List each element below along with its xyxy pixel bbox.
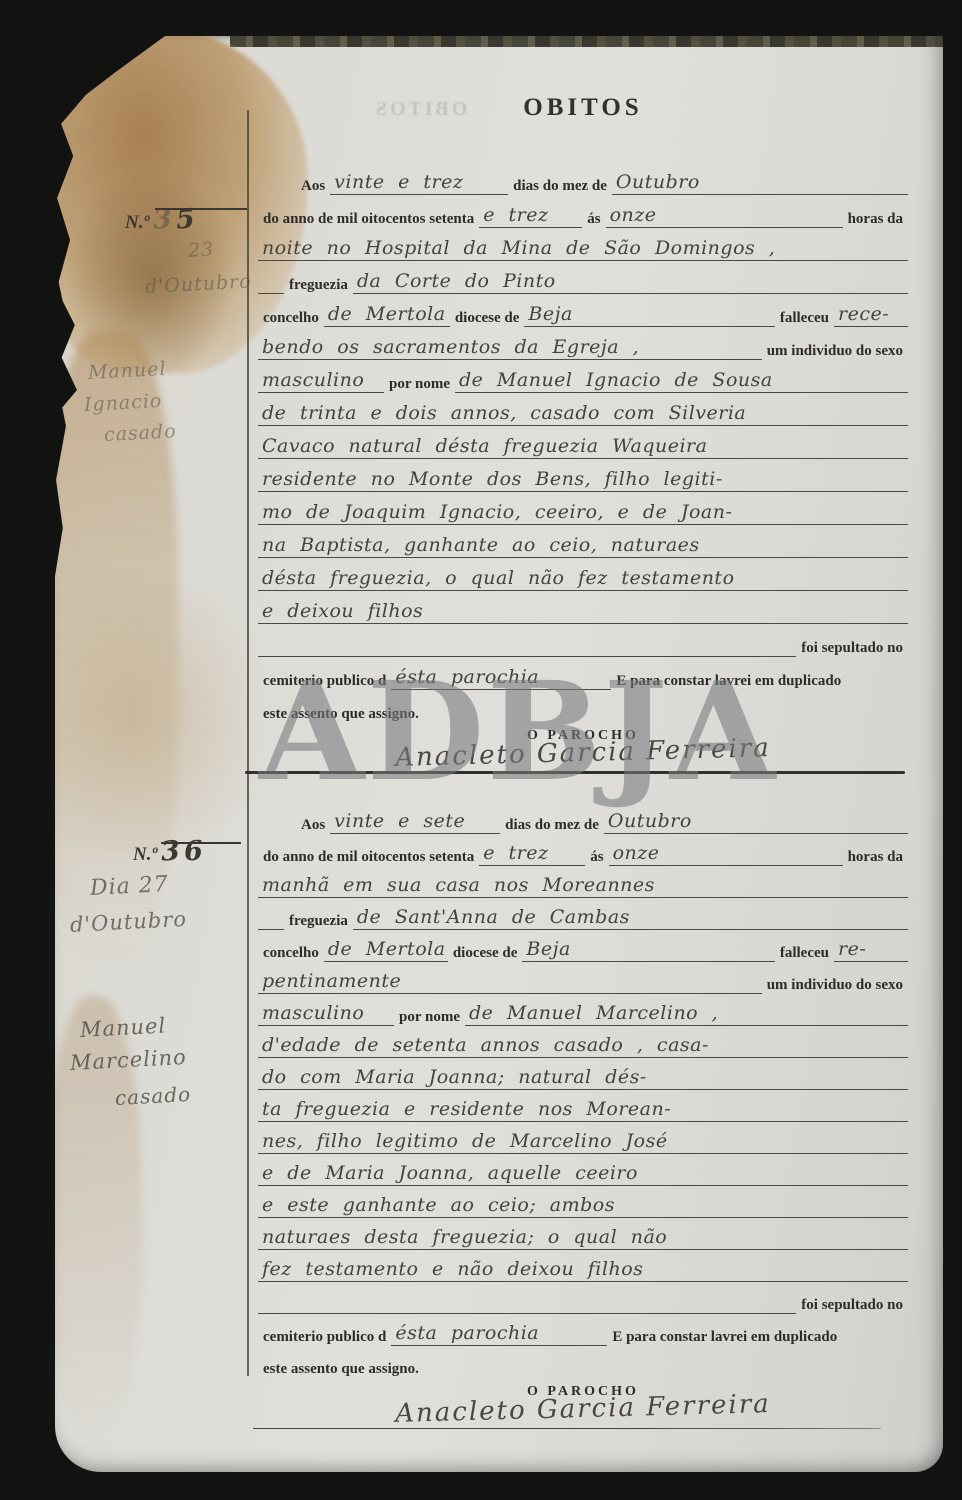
printed-label: horas da — [843, 849, 908, 866]
record-number: 3 — [160, 835, 181, 867]
handwritten-entry: e trez — [479, 842, 585, 866]
archive-watermark: ADBJA — [259, 664, 777, 800]
form-line: nes, filho legitimo de Marcelino José — [258, 1122, 908, 1154]
handwritten-entry: désta freguezia, o qual não fez testamen… — [258, 567, 908, 591]
margin-name-line: Marcelino — [69, 1045, 187, 1075]
printed-label: freguezia — [284, 277, 353, 294]
printed-label: diocese de — [450, 310, 525, 327]
margin-status-line: casado — [114, 1082, 191, 1110]
form-line: noite no Hospital da Mina de São Domingo… — [258, 228, 908, 261]
handwritten-entry: de Mertola — [324, 938, 448, 962]
form-line: de trinta e dois annos, casado com Silve… — [258, 393, 908, 426]
margin-name-line: Manuel — [79, 1014, 166, 1042]
handwritten-entry: rece- — [834, 303, 908, 327]
number-underline — [155, 208, 247, 210]
handwritten-entry: e de Maria Joanna, aquelle ceeiro — [258, 1162, 908, 1186]
record2-number-label: N.º 3 6 — [133, 836, 203, 867]
margin-date-day: 23 — [187, 239, 214, 262]
printed-label: falleceu — [775, 310, 834, 327]
margin-rule-line — [247, 110, 249, 1376]
form-line: este assento que assigno. — [258, 1346, 908, 1378]
blank-underline — [502, 993, 762, 994]
handwritten-entry: da Corte do Pinto — [353, 270, 908, 294]
handwritten-entry: vinte e sete — [330, 810, 500, 834]
form-line: do com Maria Joanna; natural dés- — [258, 1058, 908, 1090]
blank-underline — [258, 929, 284, 930]
handwritten-entry: masculino — [258, 369, 384, 393]
handwritten-entry: de Sant'Anna de Cambas — [353, 906, 908, 930]
handwritten-entry: Cavaco natural désta freguezia Waqueira — [258, 435, 908, 459]
form-line: fregueziada Corte do Pinto — [258, 261, 908, 294]
blank-underline — [258, 1313, 796, 1314]
handwritten-entry: re- — [834, 938, 908, 962]
printed-label: por nome — [394, 1009, 465, 1026]
printed-label: cemiterio publico d — [258, 1329, 391, 1346]
signature-flourish-line — [253, 1428, 881, 1429]
form-line: fregueziade Sant'Anna de Cambas — [258, 898, 908, 930]
printed-label: concelho — [258, 945, 324, 962]
printed-label: dias do mez de — [500, 817, 604, 834]
form-line: na Baptista, ganhante ao ceio, naturaes — [258, 525, 908, 558]
margin-date-month: d'Outubro — [69, 907, 187, 937]
handwritten-entry: onze — [606, 204, 843, 228]
form-line: manhã em sua casa nos Moreannes — [258, 866, 908, 898]
record2-form-lines: Aosvinte e setedias do mez deOutubrodo a… — [258, 802, 908, 1378]
printed-label: do anno de mil oitocentos setenta — [258, 849, 479, 866]
handwritten-entry: vinte e trez — [330, 171, 508, 195]
stain-blob — [55, 576, 256, 856]
handwritten-entry: de Manuel Ignacio de Sousa — [455, 369, 908, 393]
printed-label: um individuo do sexo — [762, 977, 908, 994]
form-line: do anno de mil oitocentos setentae trezá… — [258, 834, 908, 866]
margin-name-line: Ignacio — [83, 390, 162, 416]
printed-label: este assento que assigno. — [258, 1361, 424, 1378]
form-line: do anno de mil oitocentos setentae trezá… — [258, 195, 908, 228]
blank-underline — [456, 623, 908, 624]
handwritten-entry: e este ganhante ao ceio; ambos — [258, 1194, 908, 1218]
handwritten-entry: bendo os sacramentos da Egreja , — [258, 336, 762, 360]
margin-date-day: Dia 27 — [89, 872, 169, 901]
page-title: OBITOS — [258, 94, 908, 122]
printed-label: por nome — [384, 376, 455, 393]
torn-paper-edge — [55, 286, 77, 416]
form-line: e este ganhante ao ceio; ambos — [258, 1186, 908, 1218]
handwritten-entry: e trez — [479, 204, 582, 228]
handwritten-entry: de trinta e dois annos, casado com Silve… — [258, 402, 908, 426]
form-line: concelhode Mertoladiocese deBejafalleceu… — [258, 294, 908, 327]
handwritten-entry: do com Maria Joanna; natural dés- — [258, 1066, 908, 1090]
book-cover-edge — [230, 36, 943, 47]
form-line: mo de Joaquim Ignacio, ceeiro, e de Joan… — [258, 492, 908, 525]
form-line: pentinamenteum individuo do sexo — [258, 962, 908, 994]
handwritten-entry: manhã em sua casa nos Moreannes — [258, 874, 908, 898]
printed-label: dias do mez de — [508, 178, 612, 195]
margin-date-month: d'Outubro — [144, 270, 252, 298]
handwritten-entry: na Baptista, ganhante ao ceio, naturaes — [258, 534, 908, 558]
margin-status-line: casado — [103, 420, 177, 446]
printed-label: do anno de mil oitocentos setenta — [258, 211, 479, 228]
printed-label: freguezia — [284, 913, 353, 930]
printed-label: ás — [585, 849, 608, 866]
handwritten-entry: noite no Hospital da Mina de São Domingo… — [258, 237, 908, 261]
printed-label: diocese de — [448, 945, 523, 962]
no-label: N.º — [133, 844, 157, 865]
handwritten-entry: ésta parochia — [391, 1322, 607, 1346]
form-line: bendo os sacramentos da Egreja ,um indiv… — [258, 327, 908, 360]
handwritten-entry: pentinamente — [258, 970, 502, 994]
printed-label: ás — [582, 211, 605, 228]
handwritten-entry: Outubro — [604, 810, 908, 834]
form-line: e deixou filhos — [258, 591, 908, 624]
form-line: residente no Monte dos Bens, filho legit… — [258, 459, 908, 492]
form-line: naturaes desta freguezia; o qual não — [258, 1218, 908, 1250]
no-label: N.º — [125, 212, 149, 233]
photographed-register-page: OBITOS OBITOS N.º 3 5 23 d'Outubro Manue… — [0, 0, 962, 1500]
paper-sheet: OBITOS OBITOS N.º 3 5 23 d'Outubro Manue… — [55, 36, 943, 1472]
handwritten-entry: masculino — [258, 1002, 394, 1026]
form-line: e de Maria Joanna, aquelle ceeiro — [258, 1154, 908, 1186]
printed-label: E para constar lavrei em duplicado — [607, 1329, 842, 1346]
form-line: cemiterio publico désta parochiaE para c… — [258, 1314, 908, 1346]
handwritten-entry: d'edade de setenta annos casado , casa- — [258, 1034, 908, 1058]
handwritten-entry: mo de Joaquim Ignacio, ceeiro, e de Joan… — [258, 501, 908, 525]
handwritten-entry: Beja — [524, 303, 774, 327]
printed-label: falleceu — [775, 945, 834, 962]
handwritten-entry: onze — [609, 842, 843, 866]
form-line: Aosvinte e trezdias do mez deOutubro — [258, 162, 908, 195]
number-underline — [161, 842, 241, 844]
handwritten-entry: Beja — [522, 938, 774, 962]
handwritten-entry: fez testamento e não deixou filhos — [258, 1258, 908, 1282]
form-line: masculinopor nomede Manuel Ignacio de So… — [258, 360, 908, 393]
form-line: Cavaco natural désta freguezia Waqueira — [258, 426, 908, 459]
printed-label: Aos — [296, 817, 330, 834]
margin-name-line: Manuel — [87, 358, 167, 384]
printed-label: foi sepultado no — [796, 1297, 908, 1314]
printed-label: um individuo do sexo — [762, 343, 908, 360]
printed-label: horas da — [843, 211, 908, 228]
form-line: ta freguezia e residente nos Morean- — [258, 1090, 908, 1122]
form-line: concelhode Mertoladiocese deBejafalleceu… — [258, 930, 908, 962]
blank-underline — [258, 293, 284, 294]
handwritten-entry: e deixou filhos — [258, 600, 456, 624]
handwritten-entry: de Mertola — [324, 303, 450, 327]
record-number: 6 — [183, 835, 204, 867]
handwritten-entry: nes, filho legitimo de Marcelino José — [258, 1130, 908, 1154]
record1-form-lines: Aosvinte e trezdias do mez deOutubrodo a… — [258, 162, 908, 723]
form-line: désta freguezia, o qual não fez testamen… — [258, 558, 908, 591]
handwritten-entry: Outubro — [612, 171, 908, 195]
form-line: foi sepultado no — [258, 1282, 908, 1314]
form-line: masculinopor nomede Manuel Marcelino , — [258, 994, 908, 1026]
form-line: fez testamento e não deixou filhos — [258, 1250, 908, 1282]
handwritten-entry: naturaes desta freguezia; o qual não — [258, 1226, 908, 1250]
handwritten-entry: ta freguezia e residente nos Morean- — [258, 1098, 908, 1122]
handwritten-entry: residente no Monte dos Bens, filho legit… — [258, 468, 908, 492]
printed-label: concelho — [258, 310, 324, 327]
printed-label: foi sepultado no — [796, 640, 908, 657]
form-line: d'edade de setenta annos casado , casa- — [258, 1026, 908, 1058]
handwritten-entry: de Manuel Marcelino , — [465, 1002, 908, 1026]
printed-label: Aos — [296, 178, 330, 195]
torn-corner — [55, 36, 165, 131]
